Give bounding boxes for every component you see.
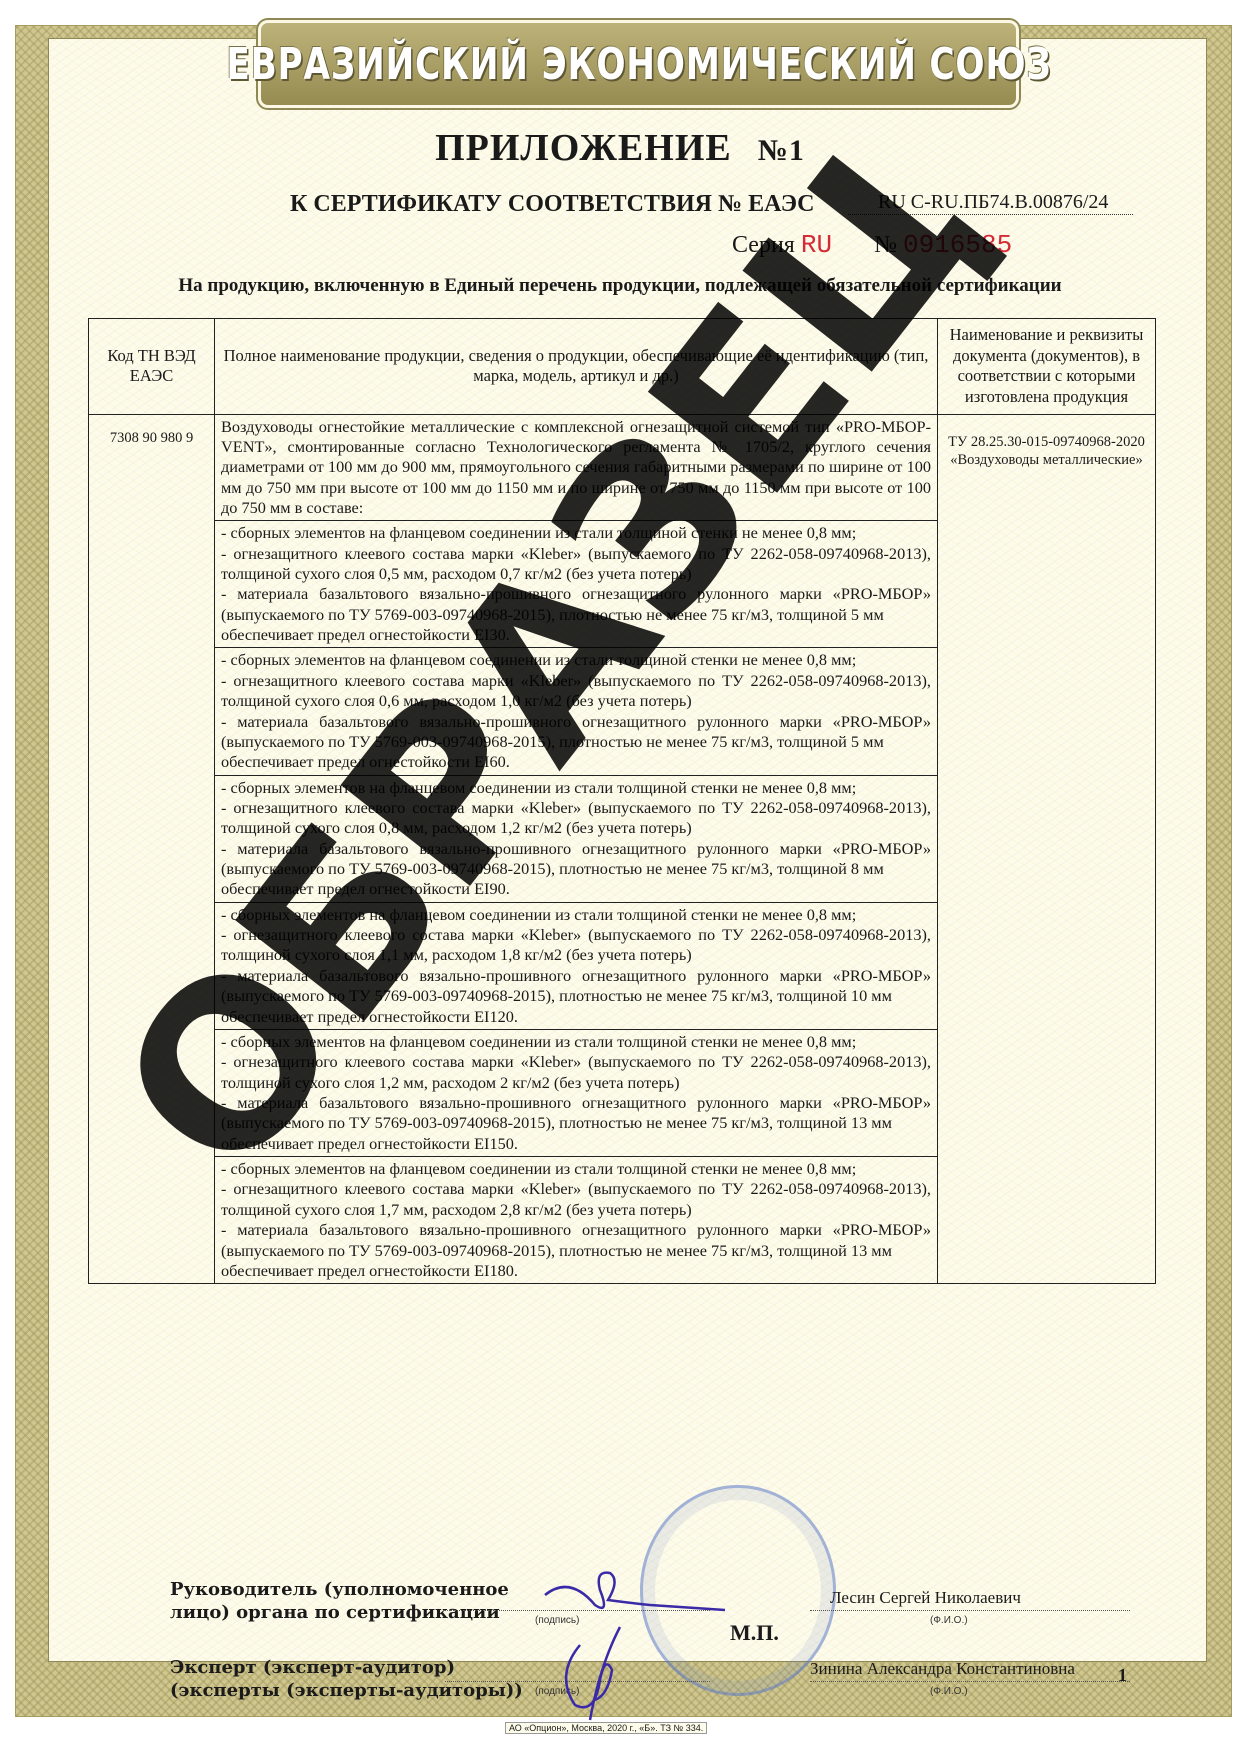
header-description: Полное наименование продукции, сведения … [215, 319, 938, 415]
expert-name: Зинина Александра Константиновна [810, 1659, 1075, 1679]
series-label: Серия [732, 232, 795, 258]
variant-item: - сборных элементов на фланцевом соедине… [221, 523, 931, 543]
expert-name-caption: (Ф.И.О.) [930, 1686, 968, 1697]
document-title: «Воздуховоды металлические» [944, 451, 1149, 469]
expert-signature-icon [550, 1625, 630, 1725]
variant-result: обеспечивает предел огнестойкости EI60. [221, 752, 931, 772]
table-header-row: Код ТН ВЭД ЕАЭС Полное наименование прод… [89, 319, 1156, 415]
variant-item: - материала базальтового вязально-прошив… [221, 839, 931, 880]
variant-item: - сборных элементов на фланцевом соедине… [221, 1159, 931, 1179]
head-name-caption: (Ф.И.О.) [930, 1615, 968, 1626]
banner-text: ЕВРАЗИЙСКИЙ ЭКОНОМИЧЕСКИЙ СОЮЗ [226, 39, 1051, 90]
variant-item: - сборных элементов на фланцевом соедине… [221, 1032, 931, 1052]
document-cell: ТУ 28.25.30-015-09740968-2020 «Воздухово… [938, 414, 1156, 1284]
variant-result: обеспечивает предел огнестойкости EI120. [221, 1007, 931, 1027]
variant-result: обеспечивает предел огнестойкости EI90. [221, 879, 931, 899]
variant-item: - огнезащитного клеевого состава марки «… [221, 671, 931, 712]
head-label: Руководитель (уполномоченное лицо) орган… [170, 1578, 509, 1625]
header-document: Наименование и реквизиты документа (доку… [938, 319, 1156, 415]
subtitle: К СЕРТИФИКАТУ СООТВЕТСТВИЯ № ЕАЭС [290, 191, 814, 218]
printer-imprint: АО «Опцион», Москва, 2020 г., «Б». ТЗ № … [505, 1722, 707, 1734]
head-signature-icon [540, 1565, 730, 1620]
variant-result: обеспечивает предел огнестойкости EI30. [221, 625, 931, 645]
variant-item: - материала базальтового вязально-прошив… [221, 966, 931, 1007]
variant-result: обеспечивает предел огнестойкости EI150. [221, 1134, 931, 1154]
variant-item: - материала базальтового вязально-прошив… [221, 1093, 931, 1134]
expert-name-line [810, 1681, 1130, 1682]
variant-cell: - сборных элементов на фланцевом соедине… [215, 1029, 938, 1156]
variant-item: - материала базальтового вязально-прошив… [221, 584, 931, 625]
document-ref: ТУ 28.25.30-015-09740968-2020 [944, 433, 1149, 451]
certificate-number: RU C-RU.ПБ74.В.00876/24 [848, 191, 1133, 215]
number-value: 0916585 [903, 230, 1012, 260]
variant-item: - материала базальтового вязально-прошив… [221, 1220, 931, 1261]
variant-item: - сборных элементов на фланцевом соедине… [221, 778, 931, 798]
variant-item: - сборных элементов на фланцевом соедине… [221, 905, 931, 925]
stamp-label: М.П. [730, 1620, 779, 1646]
variant-item: - огнезащитного клеевого состава марки «… [221, 544, 931, 585]
variant-item: - материала базальтового вязально-прошив… [221, 712, 931, 753]
title-number: №1 [758, 134, 805, 167]
variant-cell: - сборных элементов на фланцевом соедине… [215, 1157, 938, 1284]
variant-item: - огнезащитного клеевого состава марки «… [221, 1179, 931, 1220]
variant-item: - огнезащитного клеевого состава марки «… [221, 1052, 931, 1093]
head-name: Лесин Сергей Николаевич [830, 1588, 1021, 1608]
code-cell: 7308 90 980 9 [89, 414, 215, 1284]
title-text: ПРИЛОЖЕНИЕ [435, 127, 732, 169]
description-cell: Воздуховоды огнестойкие металлические с … [215, 414, 938, 521]
page-title: ПРИЛОЖЕНИЕ№1 [0, 126, 1240, 170]
series-line: Серия RU № 0916585 [732, 230, 1012, 260]
series-value: RU [801, 230, 832, 260]
variant-cell: - сборных элементов на фланцевом соедине… [215, 902, 938, 1029]
variant-item: - сборных элементов на фланцевом соедине… [221, 650, 931, 670]
variant-cell: - сборных элементов на фланцевом соедине… [215, 775, 938, 902]
intro-text: На продукцию, включенную в Единый перече… [0, 275, 1240, 297]
header-code: Код ТН ВЭД ЕАЭС [89, 319, 215, 415]
expert-label: Эксперт (эксперт-аудитор) (эксперты (экс… [170, 1656, 523, 1703]
variant-item: - огнезащитного клеевого состава марки «… [221, 798, 931, 839]
variant-cell: - сборных элементов на фланцевом соедине… [215, 521, 938, 648]
table-row: 7308 90 980 9 Воздуховоды огнестойкие ме… [89, 414, 1156, 521]
products-table: Код ТН ВЭД ЕАЭС Полное наименование прод… [88, 318, 1156, 1284]
variant-cell: - сборных элементов на фланцевом соедине… [215, 648, 938, 775]
variant-item: - огнезащитного клеевого состава марки «… [221, 925, 931, 966]
head-name-line [810, 1610, 1130, 1611]
number-label: № [874, 232, 897, 258]
variant-result: обеспечивает предел огнестойкости EI180. [221, 1261, 931, 1281]
page-number: 1 [1118, 1665, 1127, 1686]
union-banner: ЕВРАЗИЙСКИЙ ЭКОНОМИЧЕСКИЙ СОЮЗ [258, 20, 1019, 108]
